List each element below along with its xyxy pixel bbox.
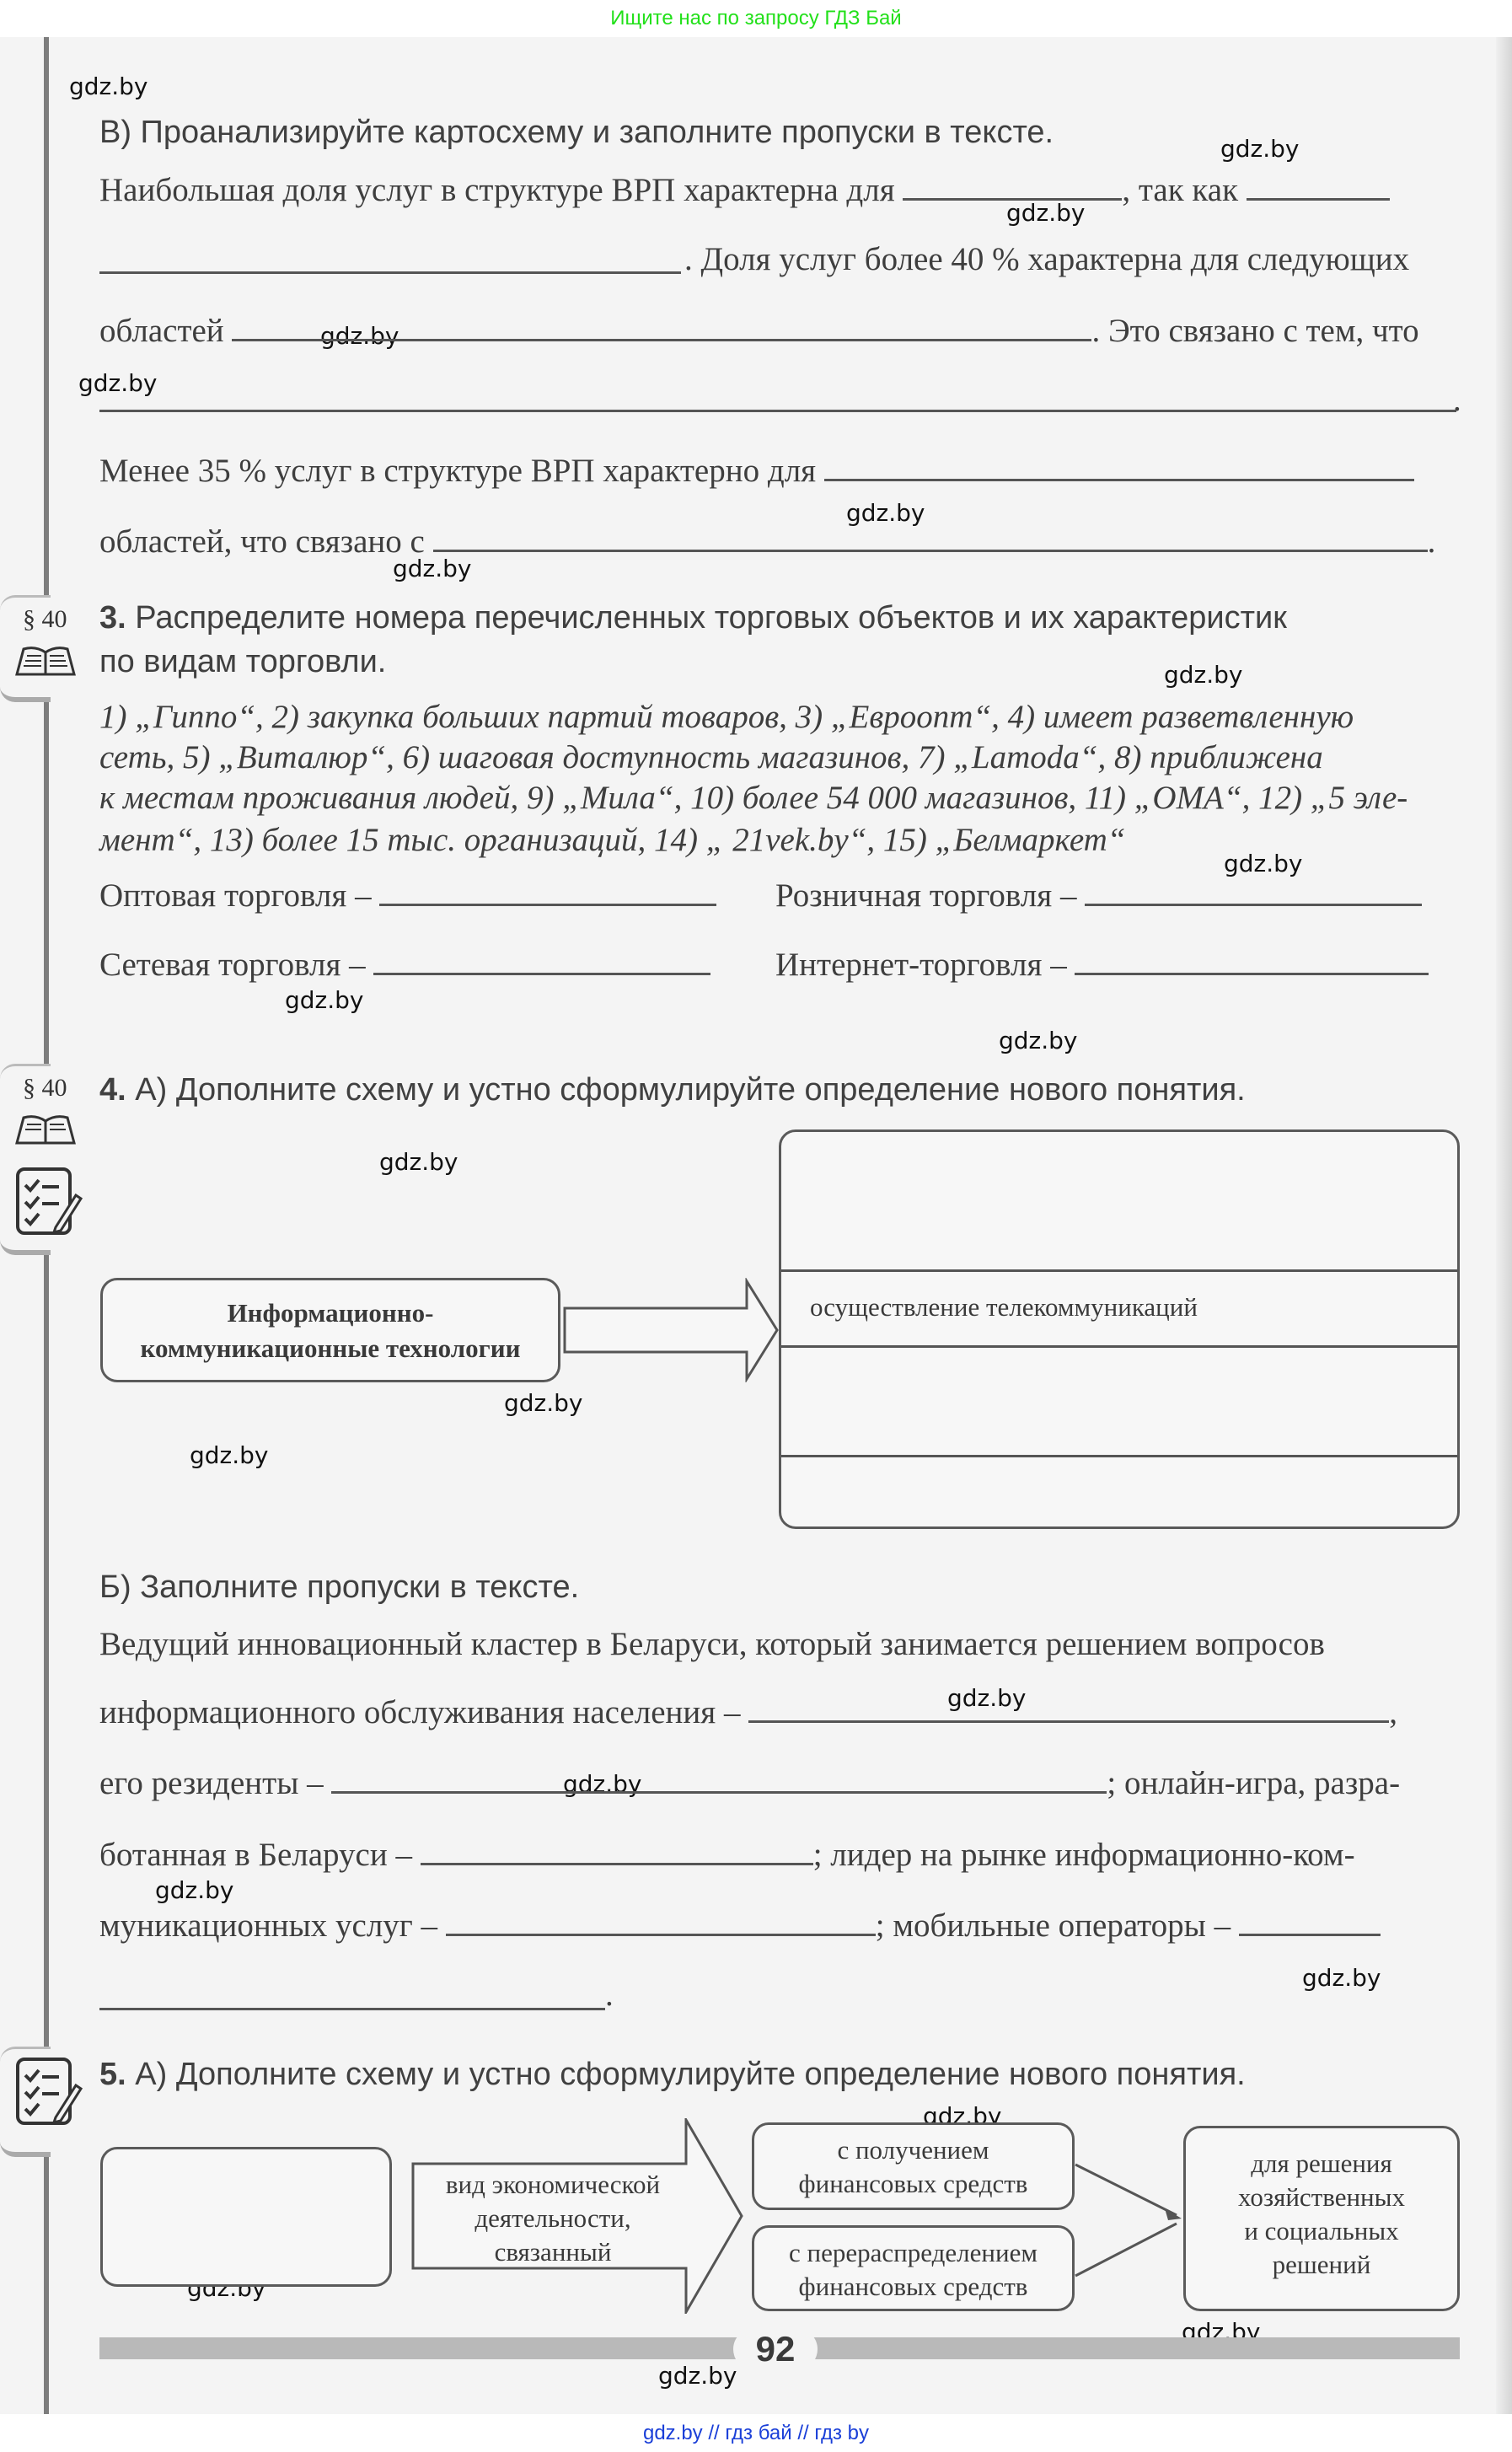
textbook-icon	[12, 1113, 79, 1146]
watermark: gdz.by	[504, 1389, 583, 1417]
wholesale-row: Оптовая торговля –	[99, 877, 716, 915]
converging-arrows-icon	[1072, 2158, 1185, 2284]
task3-title-line2: по видам торговли.	[99, 644, 386, 680]
paragraph-ref: § 40	[23, 1074, 67, 1103]
watermark: gdz.by	[1220, 135, 1300, 163]
text: Оптовая торговля –	[99, 877, 372, 914]
arrow-line: деятельности,	[418, 2202, 688, 2235]
answer-blank[interactable]	[903, 197, 1122, 201]
box-line: финансовых средств	[754, 2167, 1072, 2201]
answer-line[interactable]	[99, 271, 681, 274]
text: ; мобильные операторы –	[876, 1907, 1231, 1944]
answer-blank[interactable]	[748, 1720, 1389, 1723]
top-banner-text: Ищите нас по запросу ГДЗ Бай	[610, 7, 901, 30]
section-v-line1: Наибольшая доля услуг в структуре ВРП ха…	[99, 171, 1390, 209]
box-obtaining-funds: с получением финансовых средств	[752, 2122, 1075, 2210]
answer-blank[interactable]	[1247, 197, 1390, 201]
text: областей	[99, 313, 224, 349]
box-line: решений	[1186, 2248, 1457, 2282]
text: Розничная торговля –	[775, 877, 1076, 914]
definition-row-3[interactable]	[781, 1348, 1457, 1457]
box-line: с перераспределением	[754, 2236, 1072, 2270]
arrow-line: связанный	[418, 2235, 688, 2269]
section-v-line2: . Доля услуг более 40 % характерна для с…	[684, 240, 1409, 278]
part-b-line2: информационного обслуживания населения –…	[99, 1693, 1397, 1731]
task3-items-line: 1) „Гиппо“, 2) закупка больших партий то…	[99, 698, 1354, 736]
page-number: 92	[756, 2329, 796, 2369]
task5-title: 5. А) Дополните схему и устно сформулиру…	[99, 2057, 1246, 2093]
part-b-line3: его резиденты – ; онлайн-игра, разра-	[99, 1764, 1400, 1802]
text: . Это связано с тем, что	[1091, 313, 1418, 349]
task-number: 5.	[99, 2057, 126, 2092]
text: ботанная в Беларуси –	[99, 1837, 412, 1873]
part-b-line1: Ведущий инновационный кластер в Беларуси…	[99, 1625, 1325, 1663]
part-b-line5: муникационных услуг – ; мобильные операт…	[99, 1907, 1381, 1945]
answer-blank[interactable]	[446, 1933, 876, 1936]
concept-line: коммуникационные технологии	[103, 1331, 558, 1366]
task3-items-line: к местам проживания людей, 9) „Мила“, 10…	[99, 779, 1407, 817]
ict-concept-box: Информационно- коммуникационные технолог…	[100, 1278, 560, 1382]
page-number-badge: 92	[733, 2328, 818, 2370]
arrow-right-icon	[560, 1278, 780, 1382]
top-banner: Ищите нас по запросу ГДЗ Бай	[0, 0, 1512, 37]
text: Наибольшая доля услуг в структуре ВРП ха…	[99, 172, 895, 208]
task4-title: 4. А) Дополните схему и устно сформулиру…	[99, 1072, 1246, 1108]
text: .	[1453, 381, 1461, 419]
watermark: gdz.by	[155, 1876, 234, 1904]
answer-blank[interactable]	[1075, 972, 1429, 975]
box-redistributing-funds: с перераспределением финансовых средств	[752, 2225, 1075, 2311]
ict-definition-box: осуществление телекоммуникаций	[779, 1129, 1460, 1529]
watermark: gdz.by	[999, 1027, 1078, 1054]
section-v-line3: областей . Это связано с тем, что	[99, 312, 1419, 350]
text: А) Дополните схему и устно сформулируйте…	[135, 1072, 1245, 1108]
box-purpose: для решения хозяйственных и социальных р…	[1183, 2126, 1460, 2311]
box-line: финансовых средств	[754, 2270, 1072, 2304]
box-line: и социальных	[1186, 2214, 1457, 2248]
concept-line: Информационно-	[103, 1296, 558, 1331]
watermark: gdz.by	[1164, 661, 1243, 689]
text: информационного обслуживания населения –	[99, 1694, 740, 1730]
watermark: gdz.by	[69, 72, 148, 100]
answer-blank[interactable]	[421, 1862, 813, 1865]
watermark: gdz.by	[1224, 850, 1303, 877]
text: А) Дополните схему и устно сформулируйте…	[135, 2057, 1245, 2092]
text: Сетевая торговля –	[99, 947, 366, 983]
textbook-icon	[12, 644, 79, 678]
text: ; онлайн-игра, разра-	[1107, 1765, 1400, 1801]
answer-line[interactable]	[99, 2008, 605, 2010]
watermark: gdz.by	[1302, 1964, 1381, 1992]
definition-row-2[interactable]: осуществление телекоммуникаций	[781, 1272, 1457, 1348]
checklist-icon	[15, 2057, 83, 2127]
watermark: gdz.by	[285, 986, 364, 1014]
part-b-title: Б) Заполните пропуски в тексте.	[99, 1569, 579, 1606]
task3-title-line1: 3. Распределите номера перечисленных тор…	[99, 600, 1287, 636]
arrow-label: вид экономической деятельности, связанны…	[418, 2168, 688, 2269]
paragraph-ref: § 40	[23, 605, 67, 634]
watermark: gdz.by	[78, 369, 158, 397]
internet-row: Интернет-торговля –	[775, 946, 1429, 984]
part-b-line4: ботанная в Беларуси – ; лидер на рынке и…	[99, 1836, 1355, 1874]
text: .	[605, 1976, 614, 2014]
text: ,	[1389, 1694, 1397, 1730]
answer-blank[interactable]	[331, 1790, 1107, 1794]
text: Распределите номера перечисленных торгов…	[135, 600, 1287, 636]
section-v-line6: областей, что связано с .	[99, 523, 1435, 561]
task-number: 3.	[99, 600, 126, 636]
answer-blank[interactable]	[232, 338, 1091, 341]
answer-blank[interactable]	[373, 972, 710, 975]
chain-row: Сетевая торговля –	[99, 946, 710, 984]
watermark: gdz.by	[190, 1441, 269, 1469]
definition-row-4[interactable]	[781, 1457, 1457, 1525]
section-v-title: В) Проанализируйте картосхему и заполнит…	[99, 115, 1054, 151]
section-v-line5: Менее 35 % услуг в структуре ВРП характе…	[99, 452, 1414, 490]
box-line: с получением	[754, 2133, 1072, 2167]
text: , так как	[1122, 172, 1238, 208]
text: .	[1428, 523, 1436, 560]
task-number: 4.	[99, 1072, 126, 1108]
text: Менее 35 % услуг в структуре ВРП характе…	[99, 453, 816, 489]
bottom-banner-text[interactable]: gdz.by // гдз бай // гдз by	[643, 2422, 869, 2444]
answer-blank[interactable]	[379, 903, 716, 906]
watermark: gdz.by	[379, 1148, 458, 1176]
task3-items-line: сеть, 5) „Виталюр“, 6) шаговая доступнос…	[99, 738, 1323, 776]
answer-blank[interactable]	[1239, 1933, 1381, 1936]
text: муникационных услуг –	[99, 1907, 437, 1944]
box-line: хозяйственных	[1186, 2181, 1457, 2214]
answer-line[interactable]	[99, 410, 1456, 412]
text: Интернет-торговля –	[775, 947, 1067, 983]
definition-row-1[interactable]	[781, 1132, 1457, 1272]
text: областей, что связано с	[99, 523, 425, 560]
text: ; лидер на рынке информационно-ком-	[813, 1837, 1355, 1873]
answer-blank[interactable]	[1085, 903, 1422, 906]
answer-blank[interactable]	[433, 549, 1428, 552]
concept-blank-box[interactable]	[100, 2147, 392, 2287]
retail-row: Розничная торговля –	[775, 877, 1422, 915]
bottom-banner: gdz.by // гдз бай // гдз by	[0, 2414, 1512, 2452]
task3-items-line: мент“, 13) более 15 тыс. организаций, 14…	[99, 821, 1125, 859]
answer-blank[interactable]	[824, 478, 1414, 481]
page-right-shadow	[1496, 37, 1512, 2414]
box-line: для решения	[1186, 2147, 1457, 2181]
arrow-line: вид экономической	[418, 2168, 688, 2202]
checklist-icon	[15, 1167, 83, 1237]
text: его резиденты –	[99, 1765, 324, 1801]
watermark: gdz.by	[658, 2362, 737, 2390]
